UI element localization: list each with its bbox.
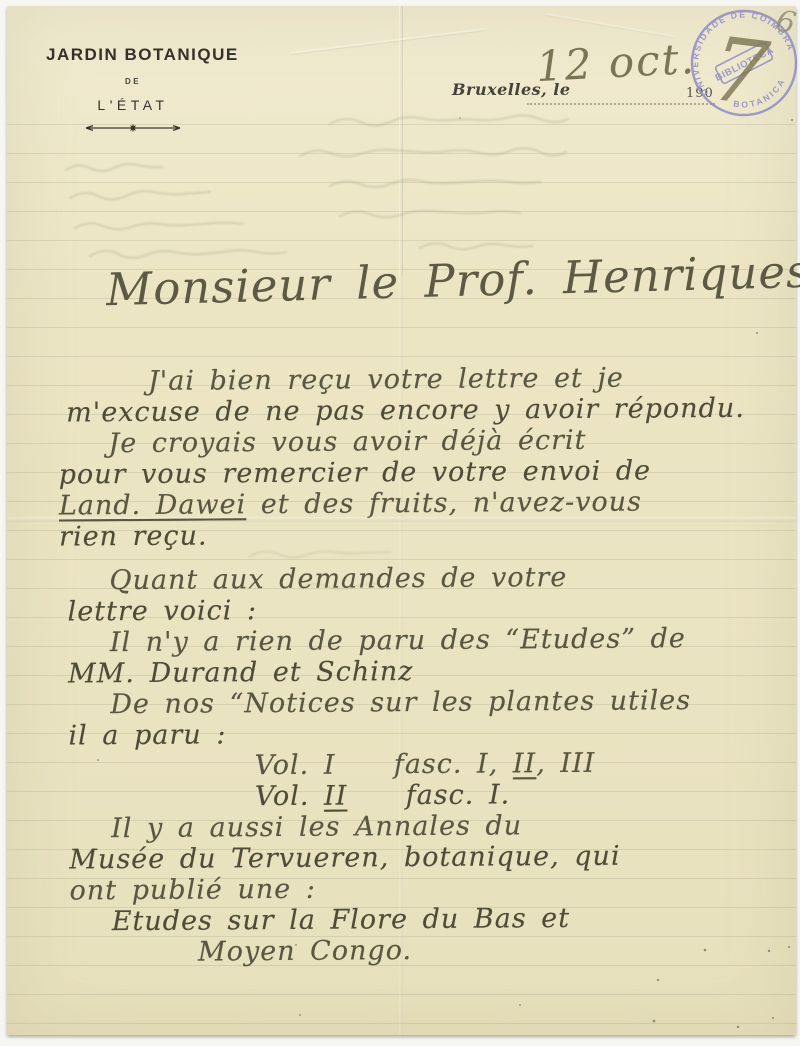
handwritten-year-digit: 7 [707,25,773,119]
letter-line: Etudes sur la Flore du Bas et [60,901,790,937]
vertical-fold-crease-top [399,6,403,276]
handwritten-date: 12 oct. [535,38,697,88]
letter-line: Land. Dawei et des fruits, n'avez-vous [57,485,787,521]
letter-line: rien reçu. [57,516,787,552]
letterhead-ornament-rule [85,123,181,133]
letter-line: il a paru : [58,715,788,751]
letter-line: Il y a aussi les Annales du [59,808,789,844]
scanned-letter: JARDIN BOTANIQUE DE L'ÉTAT Bruxelles, le… [0,0,800,1046]
letter-line: m'excuse de ne pas encore y avoir répond… [56,392,786,428]
letterhead-etat: L'ÉTAT [46,98,220,112]
letter-line: De nos “Notices sur les plantes utiles [58,684,788,720]
letter-line: Vol. II fasc. I. [59,777,789,813]
letter-line: Vol. I fasc. I, II, III [59,746,789,782]
letter-line: J'ai bien reçu votre lettre et je [56,361,786,397]
letter-body: J'ai bien reçu votre lettre et jem'excus… [56,361,790,968]
letter-line: MM. Durand et Schinz [58,653,788,689]
letterhead-de: DE [46,78,220,86]
letterhead-institution: JARDIN BOTANIQUE [46,46,220,63]
letter-line: Moyen Congo. [60,932,790,968]
letter-line: Je croyais vous avoir déjà écrit [56,423,786,459]
letter-line: Quant aux demandes de votre [57,560,787,596]
letter-line: lettre voici : [58,591,788,627]
letter-line: Il n'y a rien de paru des “Etudes” de [58,622,788,658]
letterhead: JARDIN BOTANIQUE DE L'ÉTAT [46,46,220,133]
letter-line: ont publié une : [59,870,789,906]
letter-line: Musée du Tervueren, botanique, qui [59,839,789,875]
letter-line: pour vous remercier de votre envoi de [57,454,787,490]
